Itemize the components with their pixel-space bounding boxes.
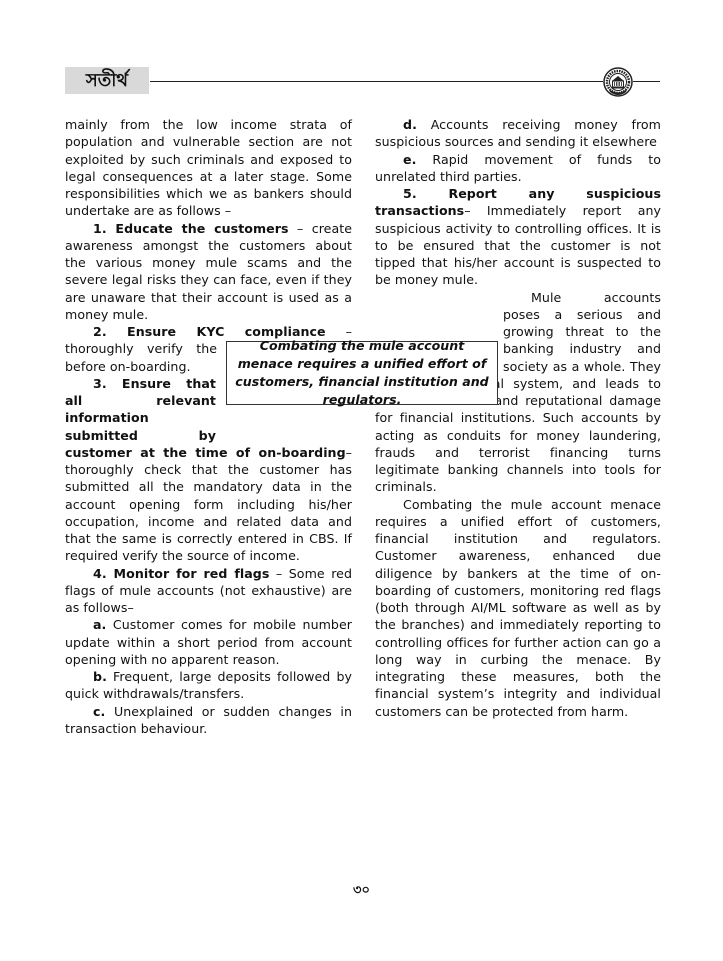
left-column: mainly from the low income strata of pop…	[65, 116, 352, 737]
pull-quote: Combating the mule account menace requir…	[226, 341, 498, 405]
header-rule	[150, 81, 660, 82]
red-flag-a: a. Customer comes for mobile number upda…	[65, 616, 352, 668]
point-1-educate: 1. Educate the customers – create awaren…	[65, 220, 352, 324]
conclusion-paragraph: Combating the mule account menace requir…	[375, 496, 661, 720]
bank-emblem-icon	[603, 67, 633, 97]
point-5-report: 5. Report any suspicious transactions– I…	[375, 185, 661, 289]
page-number: ৩০	[0, 881, 723, 902]
intro-paragraph: mainly from the low income strata of pop…	[65, 116, 352, 220]
red-flag-d: d. Accounts receiving money from suspici…	[375, 116, 661, 151]
red-flag-b: b. Frequent, large deposits followed by …	[65, 668, 352, 703]
magazine-title: সতীর্থ	[65, 67, 149, 94]
red-flag-e: e. Rapid movement of funds to unrelated …	[375, 151, 661, 186]
point-4-red-flags: 4. Monitor for red flags – Some red flag…	[65, 565, 352, 617]
pull-quote-text: Combating the mule account menace requir…	[233, 337, 491, 409]
right-column: d. Accounts receiving money from suspici…	[375, 116, 661, 720]
red-flag-c: c. Unexplained or sudden changes in tran…	[65, 703, 352, 738]
